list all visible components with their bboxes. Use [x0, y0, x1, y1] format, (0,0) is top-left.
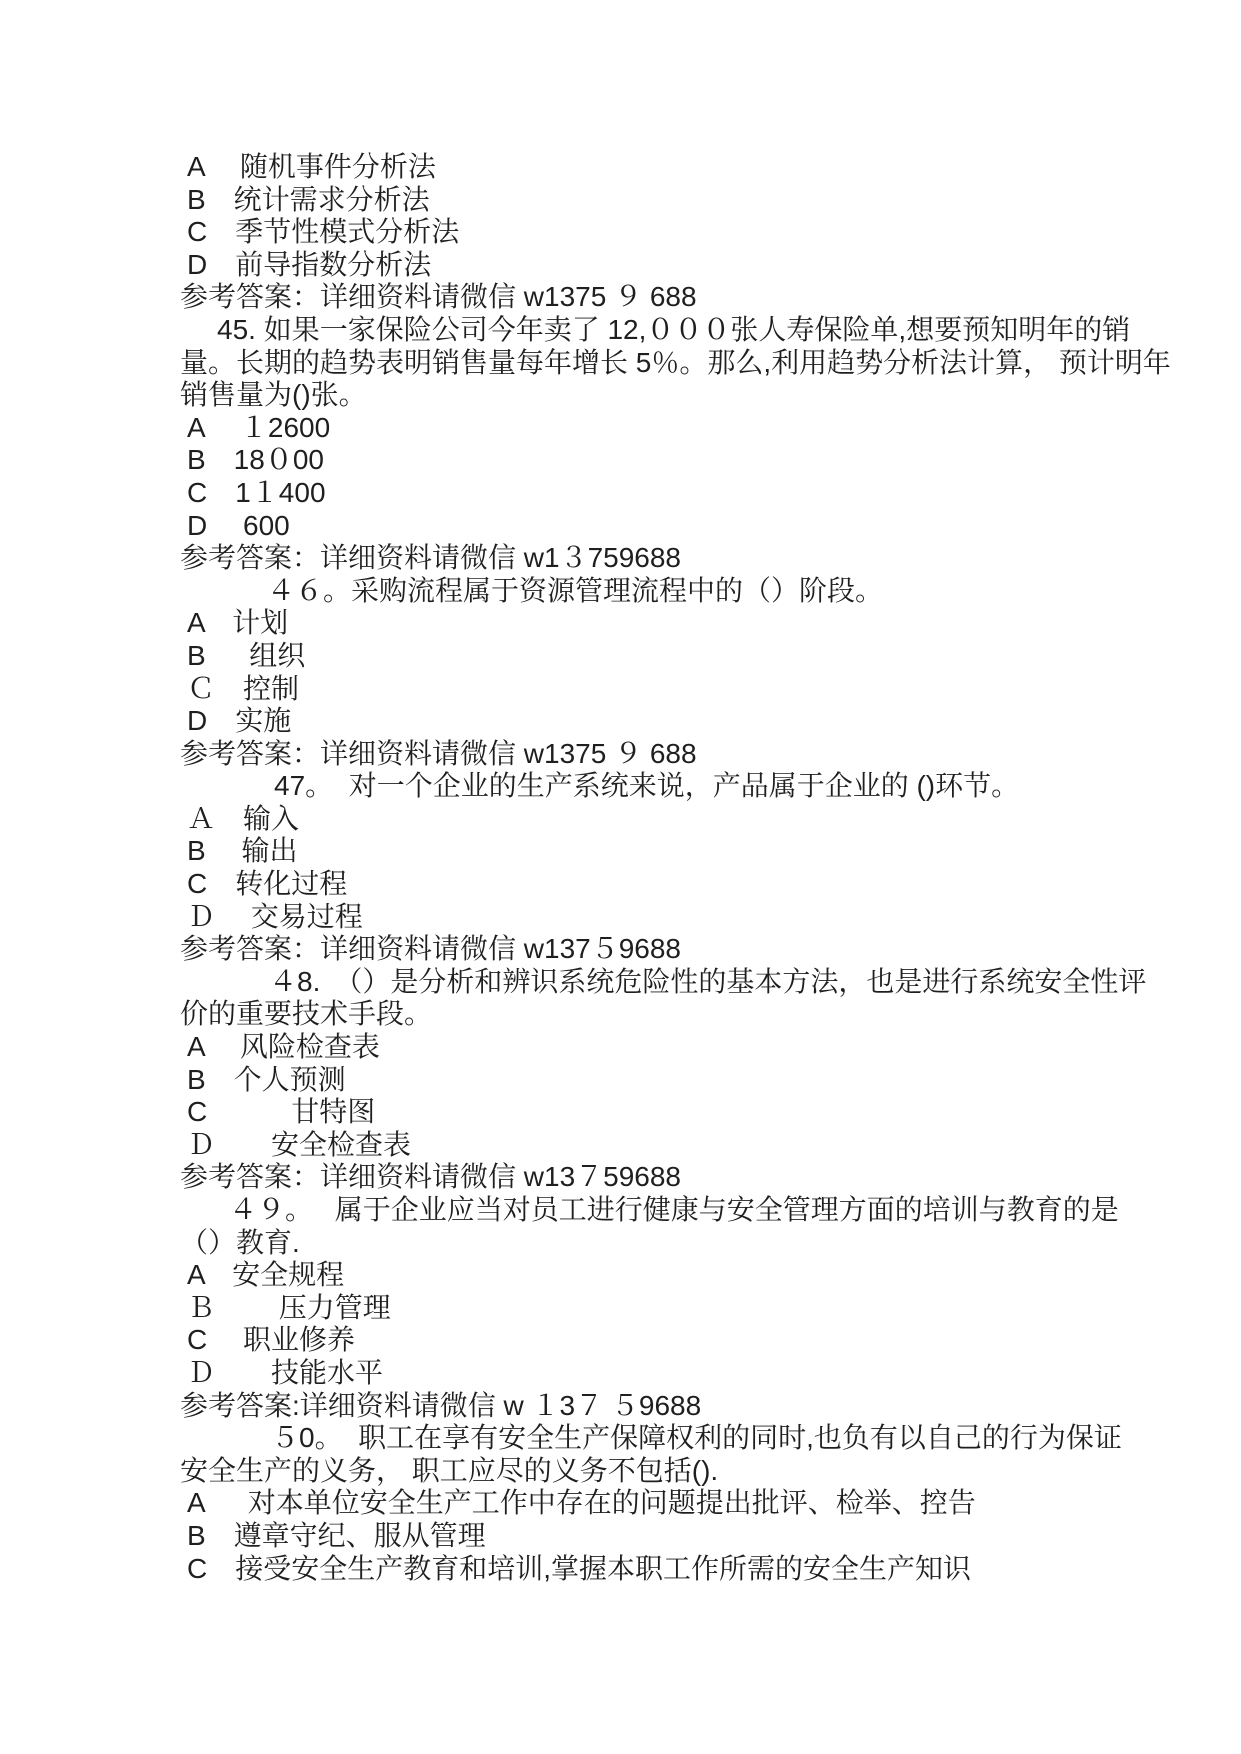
question-47-stem-line-1: 47。 对一个企业的生产系统来说，产品属于企业的 ()环节。 — [274, 770, 1081, 803]
question-48-option-a: A 风险检查表 — [187, 1031, 1081, 1064]
question-50-option-a: A 对本单位安全生产工作中存在的问题提出批评、检举、控告 — [187, 1487, 1081, 1520]
question-45-option-d: D 600 — [187, 510, 1081, 543]
question-48-answer: 参考答案：详细资料请微信 w13７59688 — [180, 1161, 1081, 1194]
question-45-option-c: C 1１400 — [187, 477, 1081, 510]
question-46-answer: 参考答案：详细资料请微信 w1375 ９ 688 — [180, 738, 1081, 771]
question-45-stem-line-2: 量。长期的趋势表明销售量每年增长 5％。那么,利用趋势分析法计算， 预计明年 — [180, 347, 1081, 380]
question-45-option-b: B 18０00 — [187, 444, 1081, 477]
question-46-option-c: Ｃ 控制 — [187, 673, 1081, 706]
question-45-option-a: A １2600 — [187, 412, 1081, 445]
prev-question-answer: 参考答案：详细资料请微信 w1375 ９ 688 — [180, 281, 1081, 314]
question-50-stem-line-2: 安全生产的义务， 职工应尽的义务不包括(). — [180, 1455, 1081, 1488]
question-48-stem-line-1: ４8. （）是分析和辨识系统危险性的基本方法，也是进行系统安全性评 — [269, 966, 1081, 999]
question-45-stem-line-1: 45. 如果一家保险公司今年卖了 12,０００张人寿保险单,想要预知明年的销 — [217, 314, 1081, 347]
question-48-stem-line-2: 价的重要技术手段。 — [180, 998, 1081, 1031]
question-50-stem-line-1: ５0。 职工在享有安全生产保障权利的同时,也负有以自己的行为保证 — [271, 1422, 1081, 1455]
question-49-answer: 参考答案:详细资料请微信 w １3７ ５9688 — [180, 1390, 1081, 1423]
document-page: A 随机事件分析法 B 统计需求分析法 C 季节性模式分析法 D 前导指数分析法… — [0, 0, 1241, 1754]
question-49-option-a: A 安全规程 — [187, 1259, 1081, 1292]
prev-question-option-a: A 随机事件分析法 — [187, 151, 1081, 184]
question-48-option-d: Ｄ 安全检查表 — [187, 1129, 1081, 1162]
question-47-option-b: B 输出 — [187, 835, 1081, 868]
question-49-option-c: C 职业修养 — [187, 1324, 1081, 1357]
question-45-stem-line-3: 销售量为()张。 — [180, 379, 1081, 412]
question-50-option-c: C 接受安全生产教育和培训,掌握本职工作所需的安全生产知识 — [187, 1553, 1081, 1586]
question-49-option-b: Ｂ 压力管理 — [187, 1292, 1081, 1325]
question-49-stem-line-1: ４９。 属于企业应当对员工进行健康与安全管理方面的培训与教育的是 — [229, 1194, 1081, 1227]
question-48-option-b: B 个人预测 — [187, 1064, 1081, 1097]
question-46-option-b: B 组织 — [187, 640, 1081, 673]
question-48-option-c: C 甘特图 — [187, 1096, 1081, 1129]
question-45-answer: 参考答案：详细资料请微信 w1３759688 — [180, 542, 1081, 575]
prev-question-option-b: B 统计需求分析法 — [187, 184, 1081, 217]
question-47-option-d: Ｄ 交易过程 — [187, 901, 1081, 934]
question-46-option-d: D 实施 — [187, 705, 1081, 738]
prev-question-option-c: C 季节性模式分析法 — [187, 216, 1081, 249]
question-47-option-a: Ａ 输入 — [187, 803, 1081, 836]
prev-question-option-d: D 前导指数分析法 — [187, 249, 1081, 282]
question-46-option-a: A 计划 — [187, 607, 1081, 640]
question-47-option-c: C 转化过程 — [187, 868, 1081, 901]
question-50-option-b: B 遵章守纪、服从管理 — [187, 1520, 1081, 1553]
question-47-answer: 参考答案：详细资料请微信 w137５9688 — [180, 933, 1081, 966]
question-46-stem-line-1: ４６。采购流程属于资源管理流程中的（）阶段。 — [267, 575, 1081, 608]
question-49-option-d: Ｄ 技能水平 — [187, 1357, 1081, 1390]
question-49-stem-line-2: （）教育. — [180, 1227, 1081, 1260]
